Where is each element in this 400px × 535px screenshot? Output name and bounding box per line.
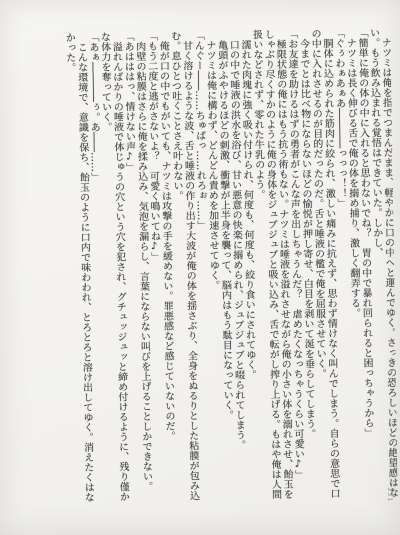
page-number-label: 131 [386, 487, 394, 502]
scanned-book-page: ナツミは俺を指でつまんだまま、軽やかに口の中へと運んでゆく。さっきの恐ろしいほど… [0, 0, 400, 535]
vertical-text-block: ナツミは俺を指でつまんだまま、軽やかに口の中へと運んでゆく。さっきの恐ろしいほど… [46, 27, 397, 508]
paragraph: 極限状態の俺にはもう抗う術もない。ナツミは唾液を溢れさせながら俺の小さい体を溺れ… [250, 29, 293, 505]
